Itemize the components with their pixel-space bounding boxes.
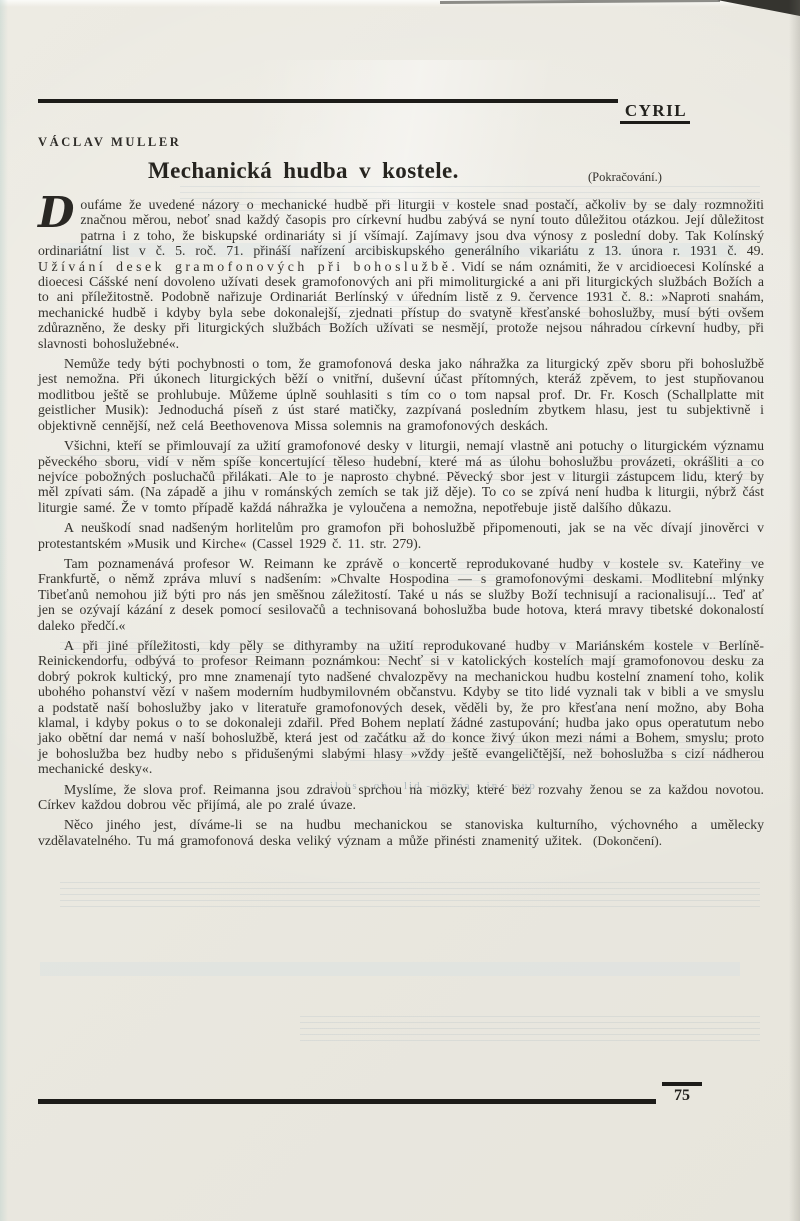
paragraph-1: Doufáme že uvedené názory o mechanické h…: [38, 197, 764, 351]
page-number: 75: [660, 1087, 704, 1105]
paragraph-3: Všichni, kteří se přimlouvají za užití g…: [38, 438, 764, 515]
paragraph-2: Nemůže tedy býti pochybnosti o tom, že g…: [38, 356, 764, 433]
paragraph-1-emphasis: Užívání desek gramofonových při bohosluž…: [38, 259, 451, 274]
article-title: Mechanická hudba v kostele.: [148, 158, 459, 184]
footer-rule: [38, 1099, 656, 1104]
dropcap-letter: D: [38, 198, 74, 228]
author-name: VÁCLAV MULLER: [38, 135, 181, 150]
page-number-rule: [662, 1082, 702, 1086]
continuation-note: (Pokračování.): [588, 170, 662, 185]
scanned-journal-page: il ks - ob - lid - in ma - in - oup CYRI…: [0, 0, 800, 1221]
paragraph-1-text: oufáme že uvedené názory o mechanické hu…: [38, 197, 764, 258]
paper-left-edge: [0, 0, 8, 1221]
header-rule: [38, 99, 618, 103]
paragraph-6: A při jiné příležitosti, kdy pěly se dit…: [38, 638, 764, 777]
scan-highlight-band: [40, 962, 740, 976]
paragraph-4: A neuškodí snad nadšeným horlitelům pro …: [38, 520, 764, 551]
staff-showthrough: [60, 882, 760, 908]
masthead-underline: [620, 121, 690, 124]
paragraph-7: Myslíme, že slova prof. Reimanna jsou zd…: [38, 782, 764, 813]
paragraph-5: Tam poznamenává profesor W. Reimann ke z…: [38, 556, 764, 633]
paper-right-edge: [786, 0, 800, 1221]
staff-showthrough: [300, 1016, 760, 1042]
article-body: Doufáme že uvedené názory o mechanické h…: [38, 197, 764, 849]
masthead-title: CYRIL: [618, 101, 694, 121]
